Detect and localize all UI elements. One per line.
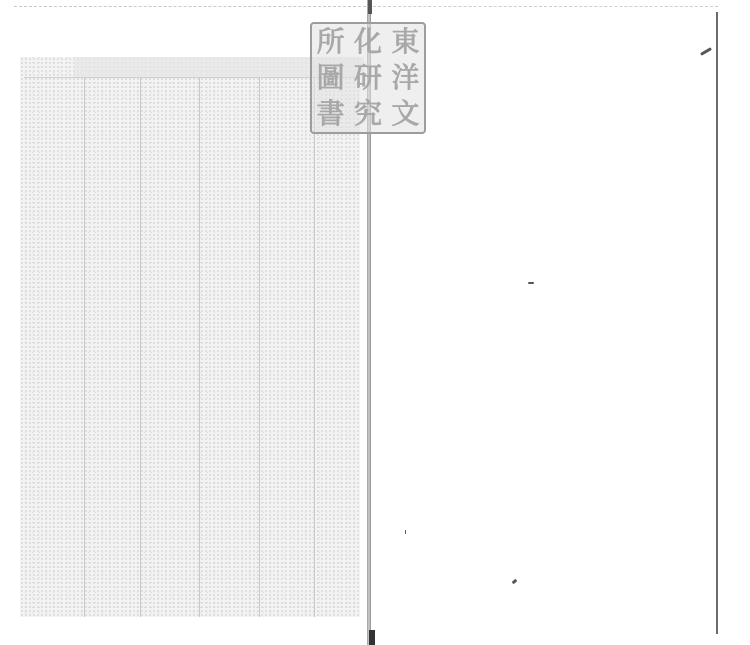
right-page-edge <box>716 12 718 634</box>
book-spread: 東 洋 文 化 研 究 所 圖 書 <box>0 0 750 645</box>
grid-column-line <box>259 77 260 617</box>
seal-character: 東 <box>387 24 424 60</box>
seal-character: 圖 <box>312 60 349 96</box>
seal-character: 究 <box>349 96 386 132</box>
grid-column-line <box>140 77 141 617</box>
binding-top-mark <box>368 0 372 14</box>
seal-character: 洋 <box>387 60 424 96</box>
ink-speck <box>405 530 406 534</box>
library-seal: 東 洋 文 化 研 究 所 圖 書 <box>310 22 426 134</box>
seal-character: 化 <box>349 24 386 60</box>
grid-column-line <box>314 77 315 617</box>
ink-speck <box>528 282 534 284</box>
seal-character: 文 <box>387 96 424 132</box>
seal-character: 書 <box>312 96 349 132</box>
seal-character: 研 <box>349 60 386 96</box>
grid-column-line <box>84 77 85 617</box>
seal-character: 所 <box>312 24 349 60</box>
grid-column-line <box>199 77 200 617</box>
show-through-grid <box>20 57 360 617</box>
